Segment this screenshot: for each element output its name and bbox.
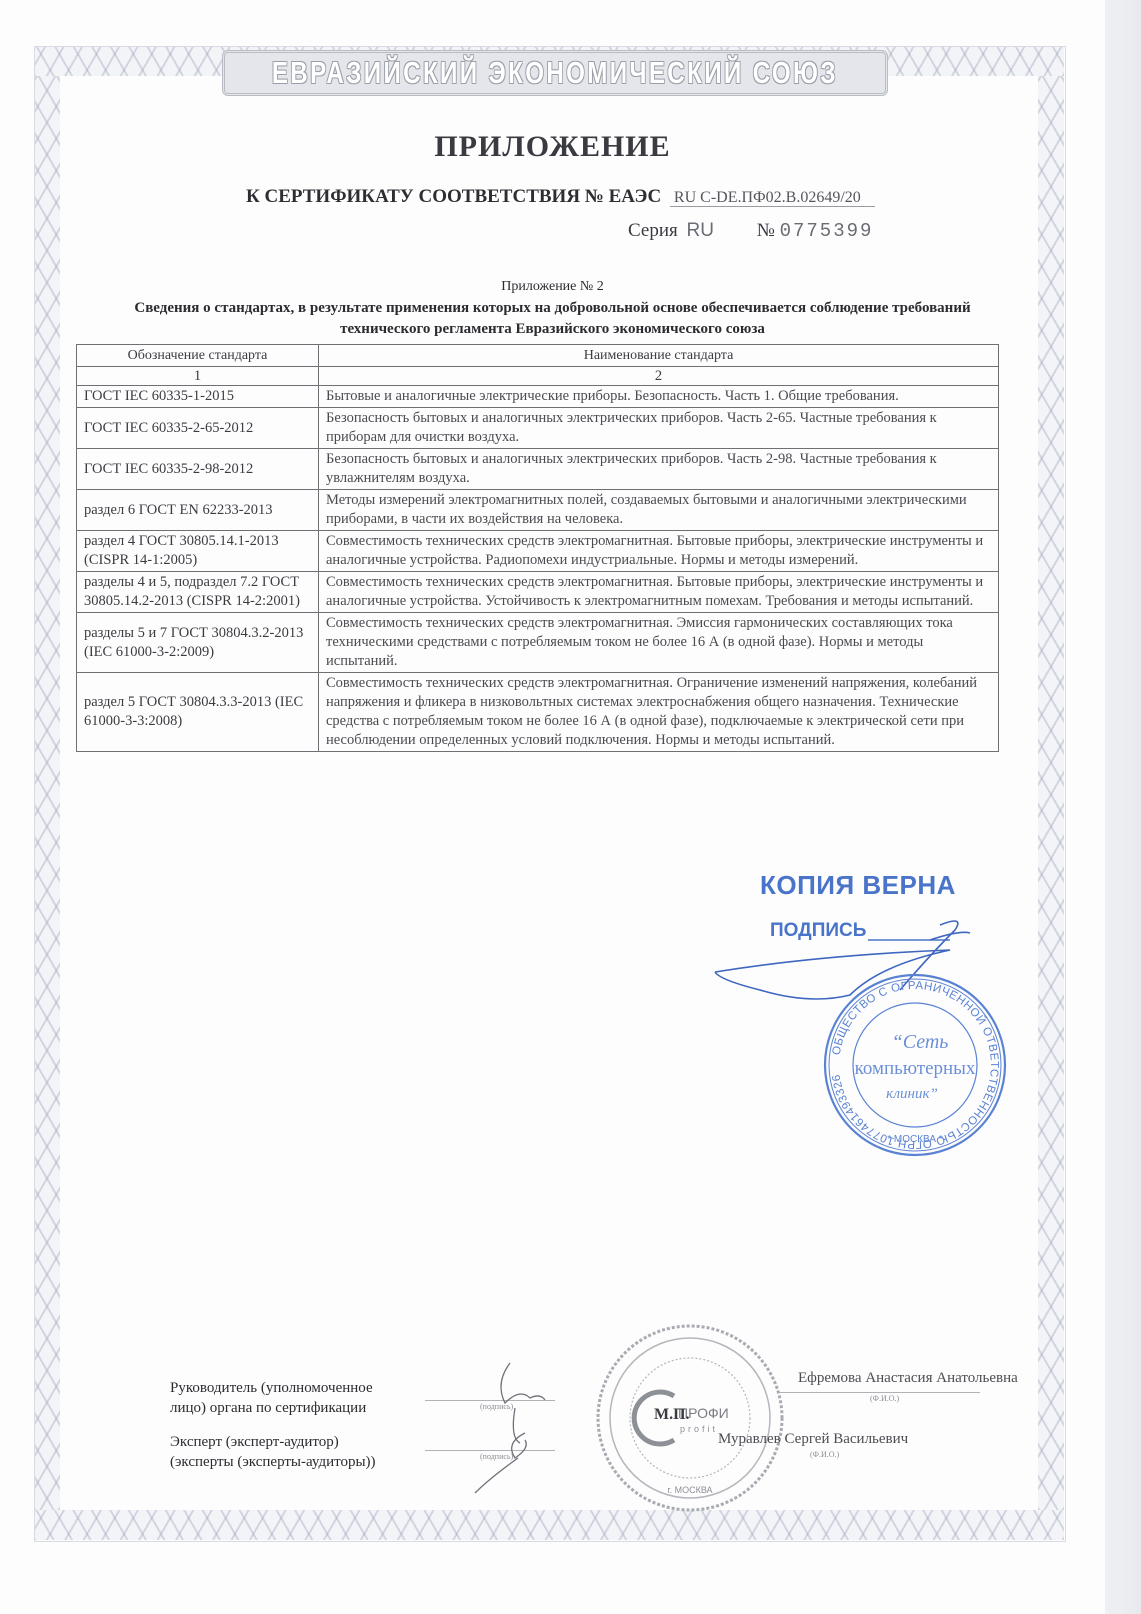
svg-text:profit: profit [680,1424,718,1434]
standard-code: ГОСТ IEC 60335-2-65-2012 [77,408,319,449]
union-banner-text: ЕВРАЗИЙСКИЙ ЭКОНОМИЧЕСКИЙ СОЮЗ [272,55,838,91]
certificate-reference: К СЕРТИФИКАТУ СООТВЕТСТВИЯ № ЕАЭС RU С-D… [246,186,875,208]
head-full-name: Ефремова Анастасия Анатольевна [798,1370,1018,1387]
expert-role-line-2: (эксперты (эксперты-аудиторы)) [170,1452,376,1472]
certification-body-seal-icon: ПРОФИ profit г. МОСКВА [590,1318,790,1518]
standard-name: Методы измерений электромагнитных полей,… [319,490,999,531]
column-number-2: 2 [319,367,999,386]
table-row: разделы 5 и 7 ГОСТ 30804.3.2-2013 (IEC 6… [77,613,999,673]
certificate-prefix: К СЕРТИФИКАТУ СООТВЕТСТВИЯ № ЕАЭС [246,186,661,207]
svg-text:компьютерных: компьютерных [855,1058,976,1079]
standard-name: Безопасность бытовых и аналогичных элект… [319,408,999,449]
table-row: раздел 4 ГОСТ 30805.14.1-2013 (CISPR 14-… [77,531,999,572]
table-row: разделы 4 и 5, подраздел 7.2 ГОСТ 30805.… [77,572,999,613]
head-fio-caption: (Ф.И.О.) [870,1394,899,1403]
standards-table: Обозначение стандарта Наименование станд… [76,344,999,752]
head-of-certification-body-label: Руководитель (уполномоченное лицо) орган… [170,1378,373,1418]
handwritten-signature-icon [470,1348,560,1498]
annex-description: Сведения о стандартах, в результате прим… [100,298,1005,340]
page-frame [34,46,1066,1542]
table-row: раздел 6 ГОСТ EN 62233-2013Методы измере… [77,490,999,531]
expert-full-name: Муравлев Сергей Васильевич [718,1431,908,1448]
standard-name: Совместимость технических средств электр… [319,673,999,752]
standard-name: Безопасность бытовых и аналогичных элект… [319,449,999,490]
scan-edge-shadow [1105,0,1141,1614]
standard-code: ГОСТ IEC 60335-1-2015 [77,386,319,408]
form-number-label: № [757,220,775,241]
standard-code: раздел 5 ГОСТ 30804.3.3-2013 (IEC 61000-… [77,673,319,752]
table-row: ГОСТ IEC 60335-1-2015Бытовые и аналогичн… [77,386,999,408]
form-number-value: 0775399 [780,220,874,242]
page-title: ПРИЛОЖЕНИЕ [0,130,1105,164]
expert-role-line-1: Эксперт (эксперт-аудитор) [170,1432,376,1452]
standard-name: Совместимость технических средств электр… [319,572,999,613]
column-header-name: Наименование стандарта [319,345,999,367]
column-number-row: 1 2 [77,367,999,386]
standard-name: Бытовые и аналогичные электрические приб… [319,386,999,408]
column-header-code: Обозначение стандарта [77,345,319,367]
svg-text:г. МОСКВА: г. МОСКВА [667,1485,712,1495]
svg-text:клиник”: клиник” [886,1086,938,1102]
signature-block: ПРОФИ profit г. МОСКВА Руководитель (упо… [170,1378,1000,1508]
standard-code: раздел 4 ГОСТ 30805.14.1-2013 (CISPR 14-… [77,531,319,572]
seal-placeholder-label: М.П. [654,1406,690,1424]
table-row: раздел 5 ГОСТ 30804.3.3-2013 (IEC 61000-… [77,673,999,752]
annex-number: Приложение № 2 [0,279,1105,295]
union-banner: ЕВРАЗИЙСКИЙ ЭКОНОМИЧЕСКИЙ СОЮЗ [222,50,888,96]
standard-code: раздел 6 ГОСТ EN 62233-2013 [77,490,319,531]
expert-fio-caption: (Ф.И.О.) [810,1450,839,1459]
series-value: RU [687,220,714,241]
svg-text:* МОСКВА *: * МОСКВА * [887,1134,943,1145]
table-header-row: Обозначение стандарта Наименование станд… [77,345,999,367]
standard-code: разделы 4 и 5, подраздел 7.2 ГОСТ 30805.… [77,572,319,613]
standard-name: Совместимость технических средств электр… [319,531,999,572]
column-number-1: 1 [77,367,319,386]
svg-text:“Сеть: “Сеть [892,1031,949,1053]
series-line: Серия RU № 0775399 [628,220,873,242]
head-name-line [780,1392,980,1393]
certificate-number: RU С-DE.ПФ02.В.02649/20 [670,189,875,207]
series-label: Серия [628,220,678,241]
standard-name: Совместимость технических средств электр… [319,613,999,673]
table-row: ГОСТ IEC 60335-2-98-2012Безопасность быт… [77,449,999,490]
table-row: ГОСТ IEC 60335-2-65-2012Безопасность быт… [77,408,999,449]
company-round-stamp-icon: ОБЩЕСТВО С ОГРАНИЧЕННОЙ ОТВЕТСТВЕННОСТЬЮ… [820,970,1010,1160]
standard-code: ГОСТ IEC 60335-2-98-2012 [77,449,319,490]
standard-code: разделы 5 и 7 ГОСТ 30804.3.2-2013 (IEC 6… [77,613,319,673]
head-role-line-2: лицо) органа по сертификации [170,1398,373,1418]
head-role-line-1: Руководитель (уполномоченное [170,1378,373,1398]
expert-label: Эксперт (эксперт-аудитор) (эксперты (экс… [170,1432,376,1472]
